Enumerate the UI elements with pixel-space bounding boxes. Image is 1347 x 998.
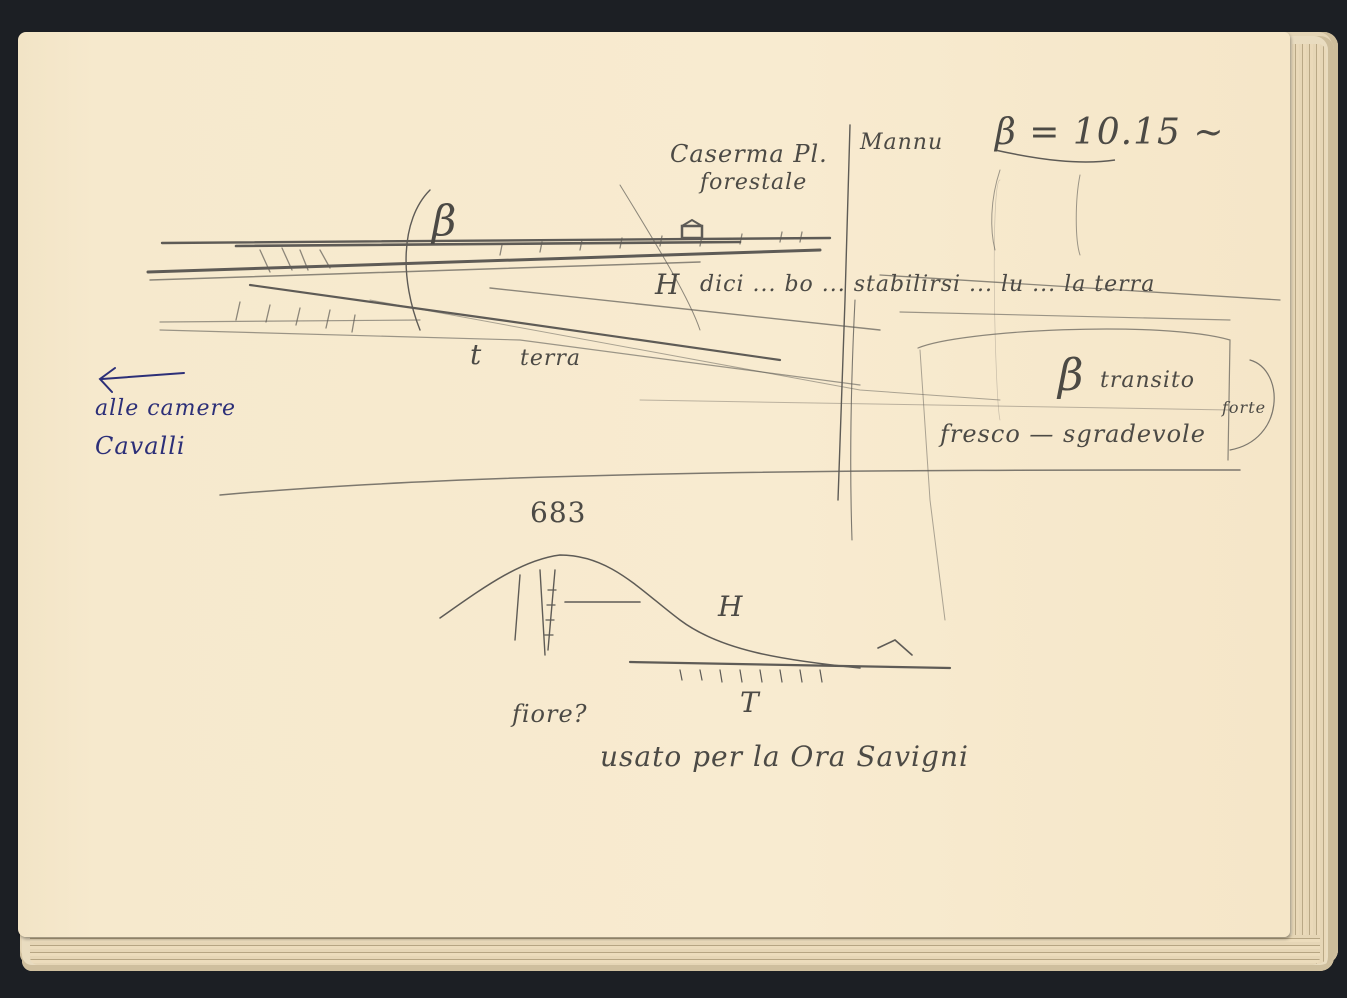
note-beta-left: β [432, 196, 457, 245]
note-t-lower: T [740, 686, 760, 719]
note-mannu: Mannu [860, 130, 943, 155]
note-top-right-line: dici ... bo ... stabilirsi ... lu ... la… [700, 272, 1155, 297]
note-bottom-phrase: usato per la Ora Savigni [600, 740, 969, 773]
note-fresco: fresco — sgradevole [940, 420, 1206, 448]
note-beta-second: β [1058, 350, 1084, 401]
note-question: fiore? [512, 700, 588, 728]
note-h-lower: H [718, 590, 743, 623]
note-beta-value: β = 10.15 ~ [995, 112, 1225, 153]
note-circled: forte [1222, 398, 1266, 417]
note-terra: terra [520, 346, 581, 371]
note-h: H [655, 268, 680, 301]
note-blue-line2: Cavalli [95, 432, 186, 460]
blue-arrow-icon [100, 368, 184, 392]
note-blue-line1: alle camere [95, 396, 236, 421]
note-caserma: Caserma Pl. [670, 140, 828, 168]
note-transito: transito [1100, 368, 1195, 393]
note-t: t [470, 338, 482, 371]
note-forestale: forestale [700, 170, 807, 195]
note-number: 683 [530, 496, 586, 529]
